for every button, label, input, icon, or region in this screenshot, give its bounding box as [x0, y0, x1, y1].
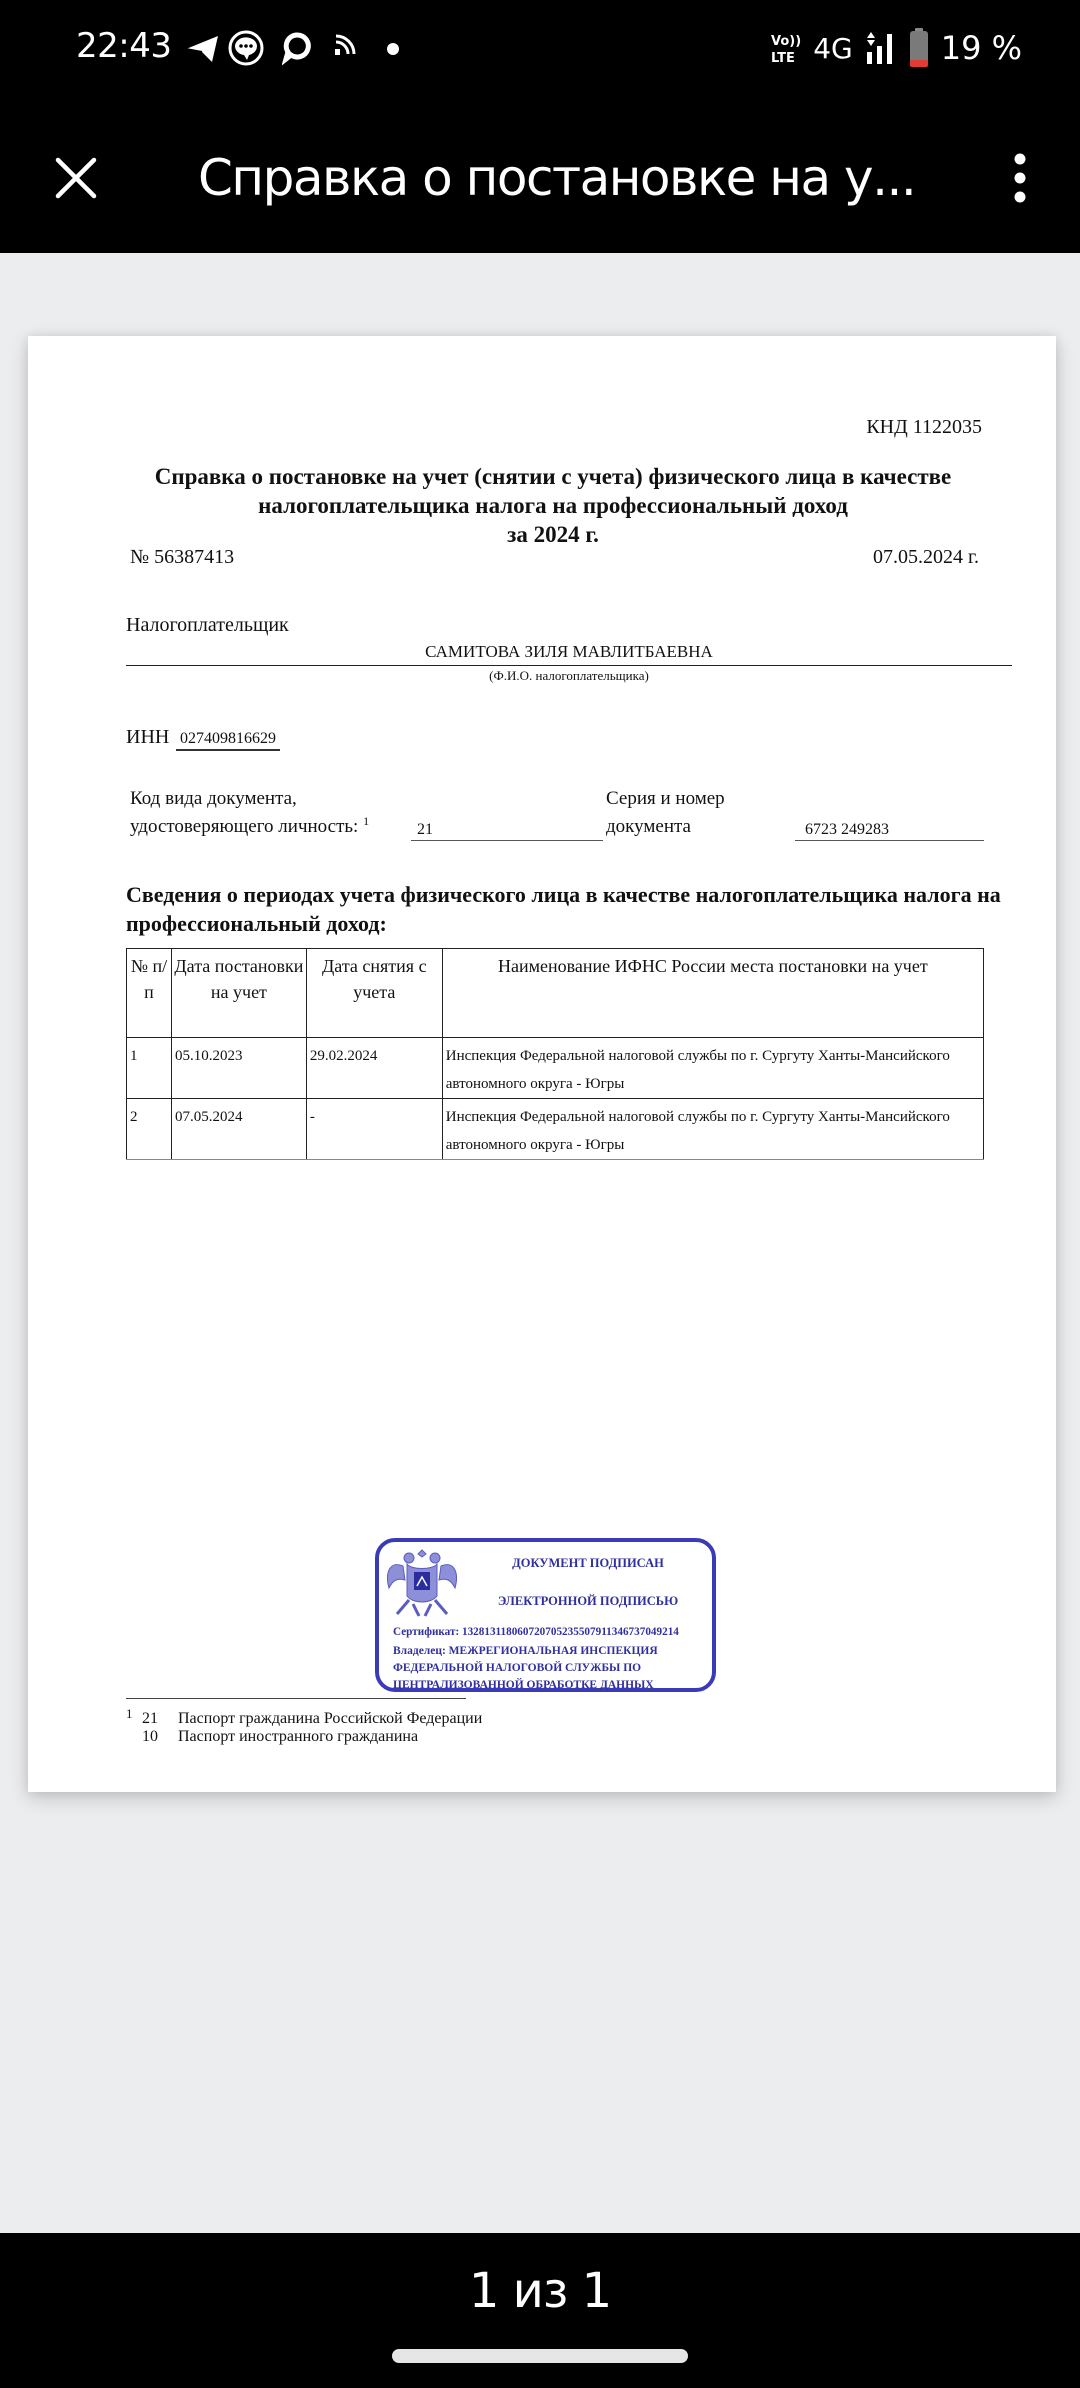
- messenger-bubble-icon: [228, 30, 264, 66]
- cell-tax-office: Инспекция Федеральной налоговой службы п…: [442, 1099, 983, 1160]
- footnote-ref: 1: [363, 814, 369, 828]
- periods-heading: Сведения о периодах учета физического ли…: [126, 880, 1026, 938]
- series-label: Серия и номер: [606, 788, 725, 810]
- col-header-number: № п/п: [127, 949, 172, 1038]
- svg-text:Vo)): Vo)): [771, 34, 801, 49]
- stamp-signature-text: ЭЛЕКТРОННОЙ ПОДПИСЬЮ: [463, 1594, 713, 1609]
- footnote-item: 10Паспорт иностранного гражданина: [142, 1728, 418, 1746]
- more-options-button[interactable]: [990, 146, 1050, 210]
- knd-code: КНД 1122035: [866, 416, 982, 439]
- table-row: 2 07.05.2024 - Инспекция Федеральной нал…: [127, 1099, 984, 1160]
- network-type: 4G: [813, 32, 853, 65]
- table-header-row: № п/п Дата постановки на учет Дата сняти…: [127, 949, 984, 1038]
- taxpayer-name: САМИТОВА ЗИЛЯ МАВЛИТБАЕВНА: [126, 642, 1012, 662]
- status-time: 22:43: [76, 26, 171, 66]
- battery-icon: [909, 28, 929, 68]
- document-page[interactable]: КНД 1122035 Справка о постановке на учет…: [28, 336, 1056, 1792]
- certificate-heading: Справка о постановке на учет (снятии с у…: [88, 462, 1018, 549]
- close-icon: [54, 156, 98, 200]
- bottom-bar: 1 из 1: [0, 2233, 1080, 2388]
- registration-periods-table: № п/п Дата постановки на учет Дата сняти…: [126, 948, 984, 1160]
- stamp-owner: Владелец: МЕЖРЕГИОНАЛЬНАЯ ИНСПЕКЦИЯ ФЕДЕ…: [393, 1643, 713, 1694]
- cell-registration-date: 05.10.2023: [171, 1038, 306, 1099]
- certificate-date: 07.05.2024 г.: [873, 546, 979, 569]
- col-header-registration-date: Дата постановки на учет: [171, 949, 306, 1038]
- rss-cast-icon: [332, 30, 358, 66]
- cell-number: 2: [127, 1099, 172, 1160]
- certificate-number: № 56387413: [130, 546, 234, 569]
- series-label-2: документа: [606, 816, 691, 838]
- taxpayer-label: Налогоплательщик: [126, 614, 289, 637]
- status-bar: 22:43 Vo)) LTE 4G 19 %: [0, 0, 1080, 100]
- inn-value: 027409816629: [176, 730, 280, 751]
- inn-label: ИНН: [126, 726, 169, 749]
- col-header-tax-office: Наименование ИФНС России места постановк…: [442, 949, 983, 1038]
- close-button[interactable]: [44, 146, 108, 210]
- footnote-divider: [126, 1698, 466, 1699]
- footnote-item: 21Паспорт гражданина Российской Федераци…: [142, 1710, 482, 1728]
- name-underline: [126, 665, 1012, 666]
- notification-dot-icon: [386, 30, 400, 66]
- cell-deregistration-date: 29.02.2024: [306, 1038, 442, 1099]
- chat-bubble-icon: [282, 30, 312, 66]
- svg-text:LTE: LTE: [771, 51, 795, 65]
- russian-coat-of-arms-icon: [383, 1544, 461, 1620]
- home-gesture-handle[interactable]: [392, 2349, 688, 2363]
- document-title: Справка о постановке на у...: [198, 146, 938, 210]
- stamp-certificate: Сертификат: 1328131180607207052355079113…: [393, 1626, 679, 1638]
- doc-code-label: Код вида документа,: [130, 788, 297, 810]
- battery-percent: 19 %: [941, 29, 1022, 67]
- page-indicator: 1 из 1: [0, 2263, 1080, 2319]
- footnote-mark: 1: [126, 1706, 133, 1722]
- cell-number: 1: [127, 1038, 172, 1099]
- doc-code-label-2: удостоверяющего личность: 1: [130, 816, 369, 838]
- col-header-deregistration-date: Дата снятия с учета: [306, 949, 442, 1038]
- top-app-bar: Справка о постановке на у...: [0, 100, 1080, 253]
- volte-icon: Vo)) LTE: [771, 31, 801, 65]
- more-vert-icon: [1013, 153, 1027, 203]
- electronic-signature-stamp: ДОКУМЕНТ ПОДПИСАН ЭЛЕКТРОННОЙ ПОДПИСЬЮ С…: [375, 1538, 716, 1692]
- telegram-icon: [182, 30, 222, 66]
- series-number-value: 6723 249283: [795, 820, 984, 841]
- cell-deregistration-date: -: [306, 1099, 442, 1160]
- cell-tax-office: Инспекция Федеральной налоговой службы п…: [442, 1038, 983, 1099]
- stamp-signed-text: ДОКУМЕНТ ПОДПИСАН: [463, 1556, 713, 1571]
- taxpayer-name-caption: (Ф.И.О. налогоплательщика): [126, 668, 1012, 684]
- signal-icon: [865, 30, 897, 66]
- doc-code-value: 21: [411, 820, 603, 841]
- cell-registration-date: 07.05.2024: [171, 1099, 306, 1160]
- table-row: 1 05.10.2023 29.02.2024 Инспекция Федера…: [127, 1038, 984, 1099]
